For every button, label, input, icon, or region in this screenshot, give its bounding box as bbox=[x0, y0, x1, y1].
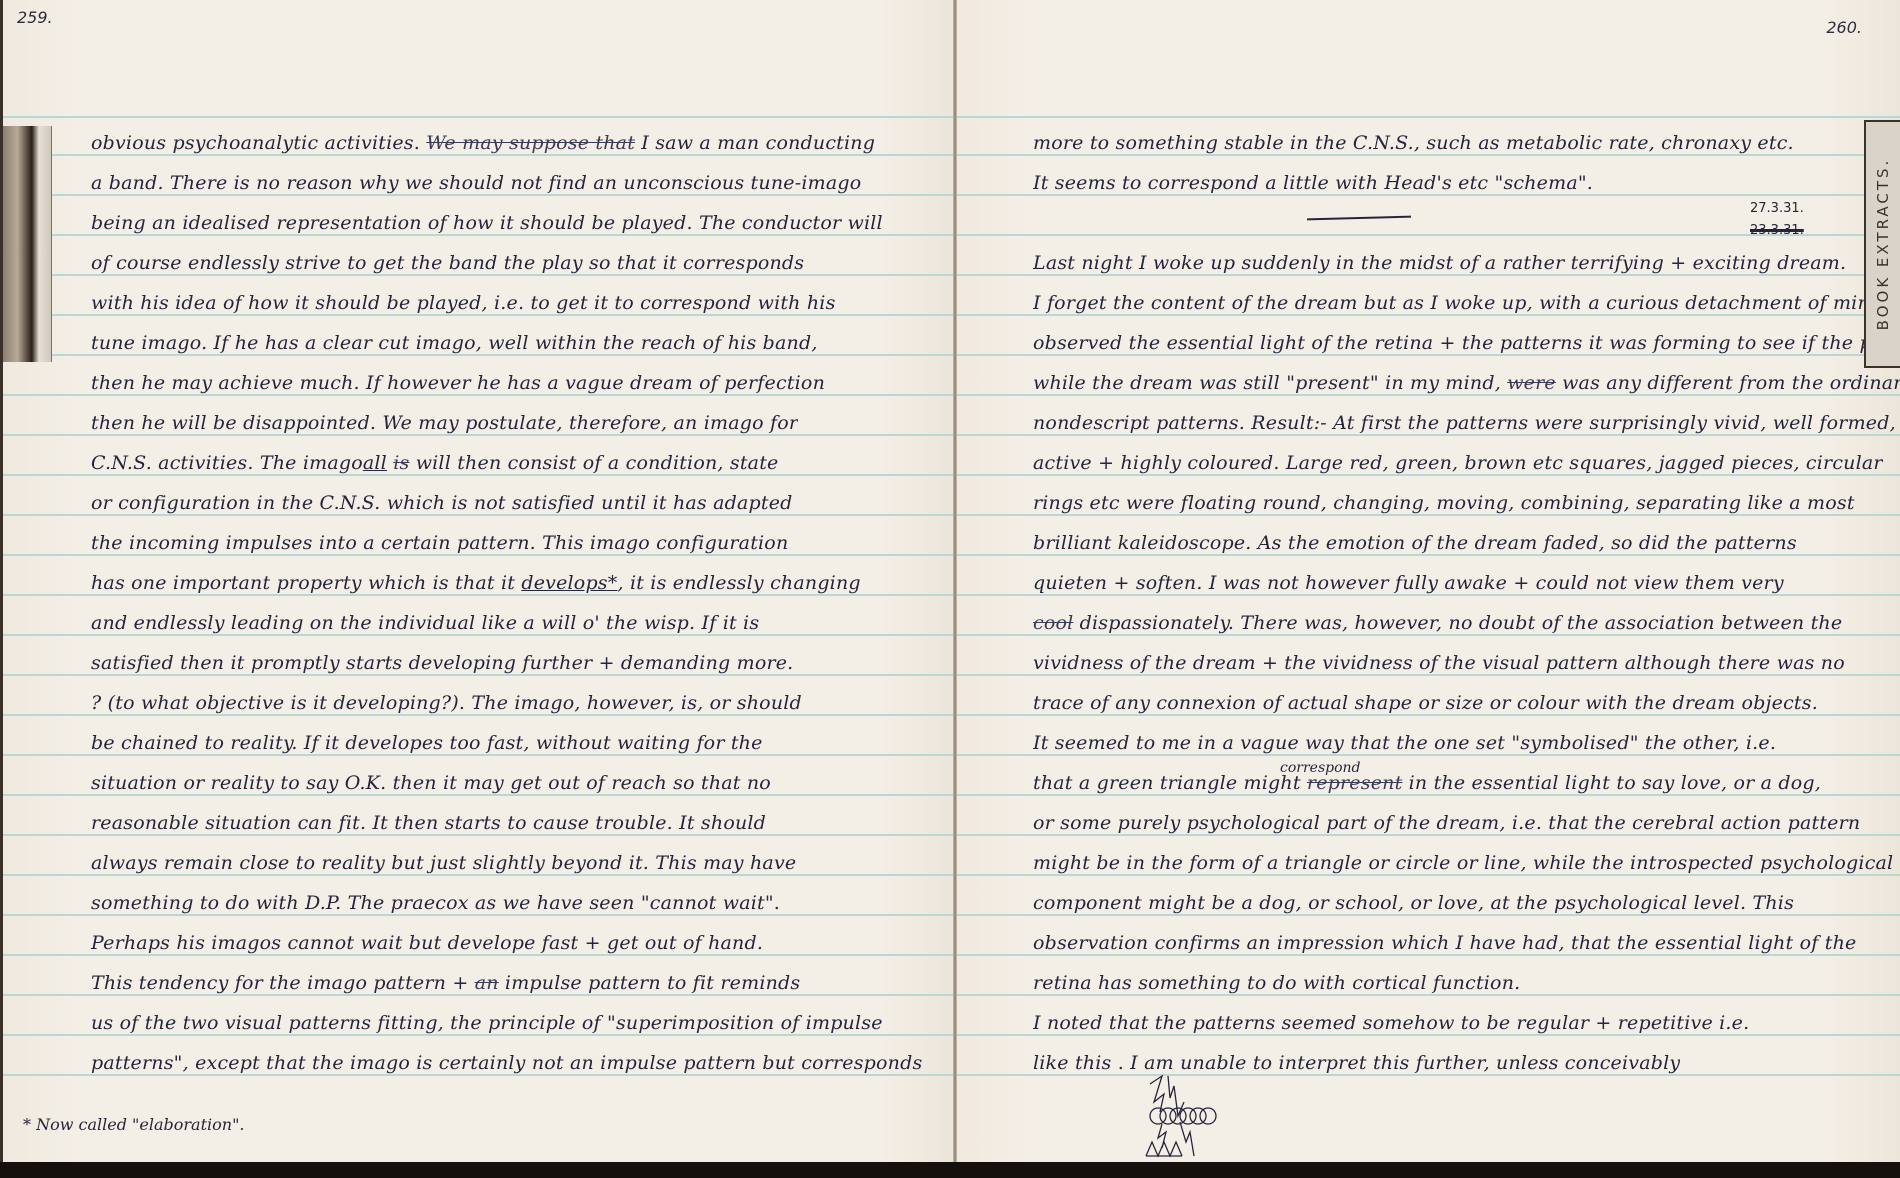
handwritten-line: observed the essential light of the reti… bbox=[1033, 328, 1900, 358]
handwritten-line: while the dream was still "present" in m… bbox=[1033, 368, 1900, 398]
handwritten-line: or configuration in the C.N.S. which is … bbox=[91, 488, 793, 518]
handwritten-line: trace of any connexion of actual shape o… bbox=[1033, 688, 1818, 718]
date-current: 27.3.31. bbox=[1750, 198, 1804, 220]
struck-text: an bbox=[475, 972, 499, 994]
handwritten-line: This tendency for the imago pattern + an… bbox=[91, 968, 800, 998]
tab-label: BOOK EXTRACTS. bbox=[1874, 158, 1892, 331]
handwritten-line: something to do with D.P. The praecox as… bbox=[91, 888, 780, 918]
book-spine bbox=[953, 0, 957, 1162]
page-bottom-edge bbox=[0, 1162, 1900, 1178]
handwritten-line: retina has something to do with cortical… bbox=[1033, 968, 1520, 998]
handwritten-line: being an idealised representation of how… bbox=[91, 208, 883, 238]
handwritten-line: component might be a dog, or school, or … bbox=[1033, 888, 1794, 918]
handwritten-line: Last night I woke up suddenly in the mid… bbox=[1033, 248, 1846, 278]
book-extracts-tab[interactable]: BOOK EXTRACTS. bbox=[1864, 120, 1900, 368]
handwritten-line: tune imago. If he has a clear cut imago,… bbox=[91, 328, 818, 358]
handwritten-line: C.N.S. activities. The imagoall is will … bbox=[91, 448, 778, 478]
handwritten-line: be chained to reality. If it developes t… bbox=[91, 728, 763, 758]
handwritten-line: with his idea of how it should be played… bbox=[91, 288, 836, 318]
notebook-spread: 259. obvious psychoanalytic activities. … bbox=[0, 0, 1900, 1162]
inserted-paper-tab bbox=[3, 126, 52, 362]
handwritten-line: situation or reality to say O.K. then it… bbox=[91, 768, 771, 798]
date-struck: 23.3.31. bbox=[1750, 220, 1804, 242]
struck-text: were bbox=[1507, 372, 1556, 394]
handwritten-line: a band. There is no reason why we should… bbox=[91, 168, 861, 198]
handwritten-line: rings etc were floating round, changing,… bbox=[1033, 488, 1855, 518]
handwritten-line: more to something stable in the C.N.S., … bbox=[1033, 128, 1794, 158]
handwritten-line: observation confirms an impression which… bbox=[1033, 928, 1856, 958]
struck-text: We may suppose that bbox=[426, 132, 635, 154]
handwritten-line: always remain close to reality but just … bbox=[91, 848, 796, 878]
footnote: * Now called "elaboration". bbox=[23, 1115, 245, 1134]
entry-date: 27.3.31. 23.3.31. bbox=[1750, 198, 1804, 242]
handwritten-line: then he may achieve much. If however he … bbox=[91, 368, 825, 398]
handwritten-line: obvious psychoanalytic activities. We ma… bbox=[91, 128, 875, 158]
handwritten-line: of course endlessly strive to get the ba… bbox=[91, 248, 804, 278]
handwritten-line: reasonable situation can fit. It then st… bbox=[91, 808, 766, 838]
handwritten-line: I forget the content of the dream but as… bbox=[1033, 288, 1900, 318]
handwritten-line: Perhaps his imagos cannot wait but devel… bbox=[91, 928, 763, 958]
page-number: 260. bbox=[1826, 18, 1862, 37]
handwritten-line: patterns", except that the imago is cert… bbox=[91, 1048, 922, 1078]
handwritten-line: us of the two visual patterns fitting, t… bbox=[91, 1008, 883, 1038]
left-page: 259. obvious psychoanalytic activities. … bbox=[0, 0, 955, 1162]
handwritten-line: then he will be disappointed. We may pos… bbox=[91, 408, 798, 438]
handwritten-line: satisfied then it promptly starts develo… bbox=[91, 648, 793, 678]
inserted-word: correspond bbox=[1280, 760, 1361, 776]
handwritten-line: might be in the form of a triangle or ci… bbox=[1033, 848, 1893, 878]
struck-text: cool bbox=[1033, 612, 1073, 634]
handwritten-line: has one important property which is that… bbox=[91, 568, 861, 598]
page-number: 259. bbox=[17, 8, 53, 27]
handwritten-line: It seems to correspond a little with Hea… bbox=[1033, 168, 1593, 198]
handwritten-line: I noted that the patterns seemed somehow… bbox=[1033, 1008, 1749, 1038]
handwritten-line: cool dispassionately. There was, however… bbox=[1033, 608, 1842, 638]
handwritten-line: active + highly coloured. Large red, gre… bbox=[1033, 448, 1883, 478]
right-page: 260. more to something stable in the C.N… bbox=[955, 0, 1900, 1162]
handwritten-line: It seemed to me in a vague way that the … bbox=[1033, 728, 1776, 758]
pattern-sketch-icon bbox=[1140, 1072, 1250, 1162]
handwritten-line: that a green triangle might represent in… bbox=[1033, 768, 1821, 798]
handwritten-line: ? (to what objective is it developing?).… bbox=[91, 688, 802, 718]
handwritten-line: brilliant kaleidoscope. As the emotion o… bbox=[1033, 528, 1797, 558]
handwritten-line: or some purely psychological part of the… bbox=[1033, 808, 1860, 838]
handwritten-line: like this . I am unable to interpret thi… bbox=[1033, 1048, 1680, 1078]
handwritten-line: quieten + soften. I was not however full… bbox=[1033, 568, 1784, 598]
struck-text: is bbox=[393, 452, 409, 474]
handwritten-line: the incoming impulses into a certain pat… bbox=[91, 528, 788, 558]
handwritten-line: nondescript patterns. Result:- At first … bbox=[1033, 408, 1896, 438]
handwritten-line: vividness of the dream + the vividness o… bbox=[1033, 648, 1845, 678]
handwritten-line: and endlessly leading on the individual … bbox=[91, 608, 759, 638]
